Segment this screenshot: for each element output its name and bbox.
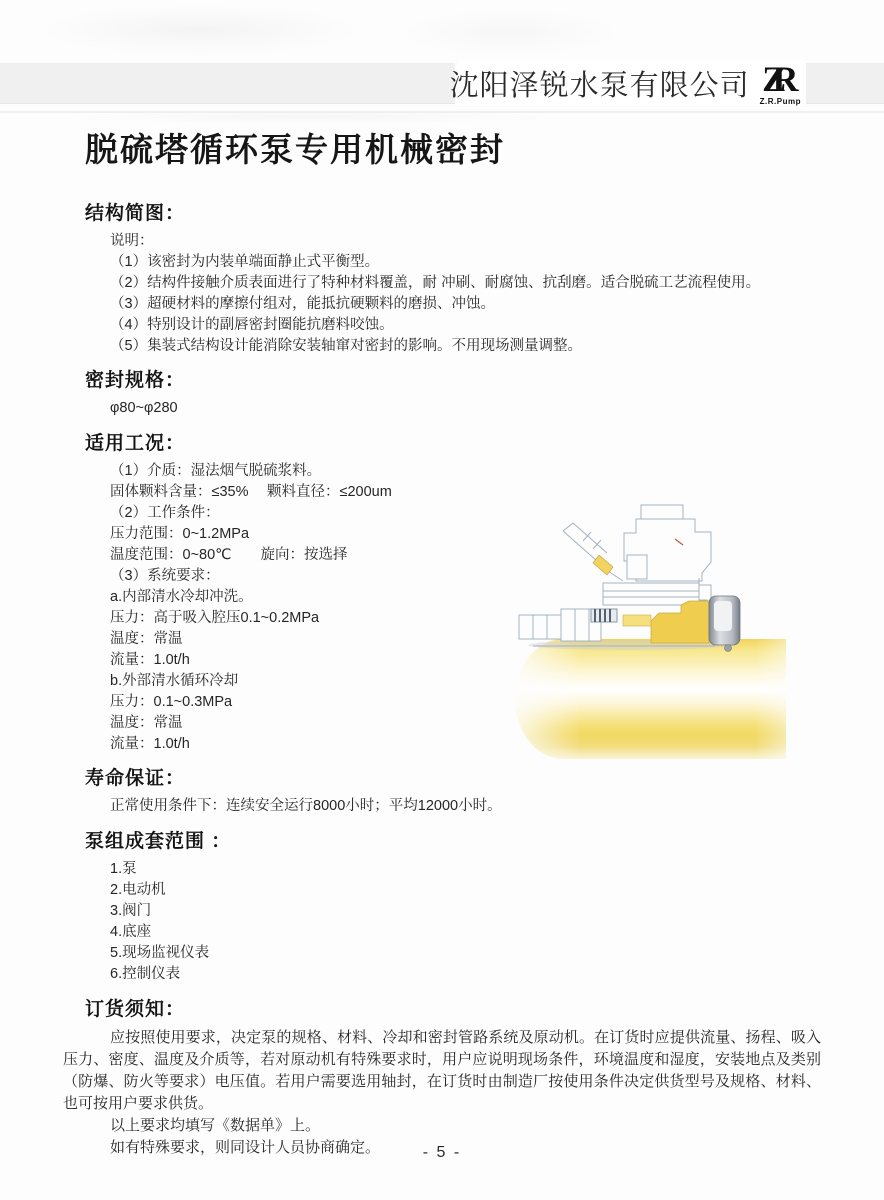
package-item: 6.控制仪表 — [110, 964, 833, 985]
document-page: 沈阳泽锐水泵有限公司 ZR Z.R.Pump 脱硫塔循环泵专用机械密封 结构简图… — [0, 0, 884, 1200]
company-name: 沈阳泽锐水泵有限公司 — [450, 63, 750, 104]
life-text: 正常使用条件下：连续安全运行8000小时；平均12000小时。 — [110, 796, 833, 817]
seal-cross-section-figure — [503, 483, 821, 775]
structure-item: （4）特别设计的副唇密封圈能抗磨料咬蚀。 — [110, 315, 833, 336]
package-item: 5.现场监视仪表 — [110, 943, 833, 964]
section-heading-ordering: 订货须知： — [85, 998, 833, 1022]
section-heading-conditions: 适用工况： — [85, 432, 833, 456]
structure-item: （3）超硬材料的摩擦付组对，能抵抗硬颗料的磨损、冲蚀。 — [110, 294, 833, 315]
structure-item: （5）集装式结构设计能消除安装轴窜对密封的影响。不用现场测量调整。 — [110, 336, 833, 357]
zr-logo-subtext: Z.R.Pump — [760, 98, 801, 106]
package-item: 3.阀门 — [110, 901, 833, 922]
scan-artifact — [40, 5, 360, 55]
zr-logo: ZR Z.R.Pump — [760, 61, 801, 106]
header-band-right — [806, 63, 884, 104]
section-heading-spec: 密封规格： — [85, 369, 833, 393]
section-heading-package: 泵组成套范围 ： — [85, 830, 833, 854]
header-band-left — [0, 63, 455, 104]
ordering-note: 以上要求均填写《数据单》上。 — [110, 1115, 833, 1137]
package-item: 1.泵 — [110, 859, 833, 880]
zr-logo-mark: ZR — [762, 61, 798, 97]
header-underline — [0, 111, 884, 113]
ordering-paragraph: 应按照使用要求，决定泵的规格、材料、冷却和密封管路系统及原动机。在订货时应提供流… — [63, 1027, 821, 1115]
page-title: 脱硫塔循环泵专用机械密封 — [85, 130, 833, 170]
header: 沈阳泽锐水泵有限公司 ZR Z.R.Pump — [458, 60, 803, 106]
condition-line: （1）介质：湿法烟气脱硫浆料。 — [110, 461, 833, 482]
structure-item: （1）该密封为内装单端面静止式平衡型。 — [110, 252, 833, 273]
structure-intro: 说明： — [110, 231, 833, 252]
structure-item: （2）结构件接触介质表面进行了特种材料覆盖，耐 冲刷、耐腐蚀、抗刮磨。适合脱硫工… — [110, 273, 833, 294]
scan-artifact — [400, 10, 620, 55]
package-item: 2.电动机 — [110, 880, 833, 901]
section-heading-structure: 结构简图： — [85, 202, 833, 226]
page-number: - 5 - — [0, 1144, 884, 1162]
spec-value: φ80~φ280 — [110, 398, 833, 419]
package-item: 4.底座 — [110, 922, 833, 943]
